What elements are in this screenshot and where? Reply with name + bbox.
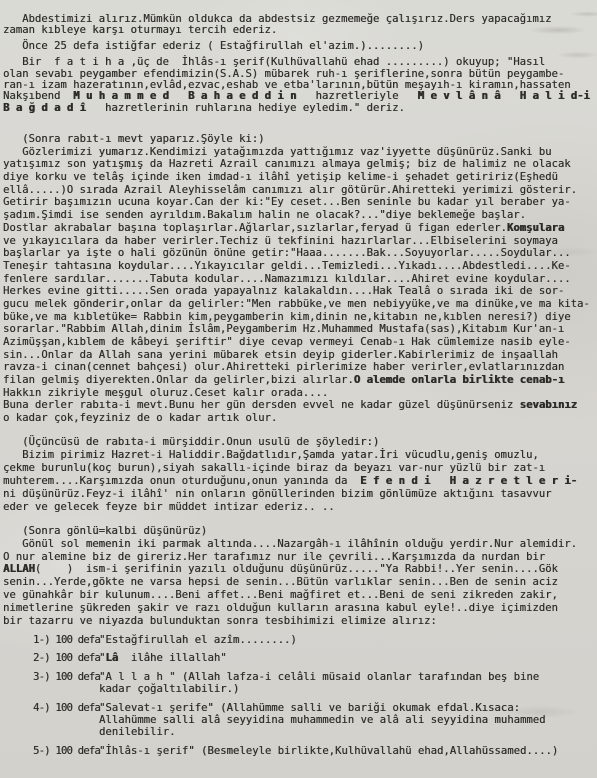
text-line: Teneşir tahtasına koydular....Yıkayıcıla… bbox=[3, 260, 590, 273]
document-page: Abdestimizi alırız.Mümkün oldukca da abd… bbox=[0, 0, 597, 778]
text-line: "A l l a h " (Allah lafza-i celâli müsai… bbox=[99, 671, 558, 683]
text-line: bir tazarru ve niyazda bulunduktan sonra… bbox=[3, 615, 577, 628]
text-line: muhterem....Karşımızda onun oturduğunu,o… bbox=[3, 475, 577, 488]
text-line: B a ğ d a d î hazretlerinin ruhlarına he… bbox=[3, 103, 590, 114]
text-line: eder ve gelecek feyze bir müddet intizar… bbox=[3, 501, 577, 514]
paragraph: Önce 25 defa istiğfar ederiz ( Estağfiru… bbox=[3, 41, 590, 52]
text-line: ellâ.....)O sırada Azrail Aleyhisselâm c… bbox=[3, 184, 590, 197]
list-item-prefix: 2-) 100 defa bbox=[33, 652, 99, 664]
text-line: gucu melek gönderir,onlar da gelirler:"M… bbox=[3, 298, 590, 311]
opening-section: Abdestimizi alırız.Mümkün oldukca da abd… bbox=[3, 14, 590, 114]
text-line: "İhlâs-ı şerif" (Besmeleyle birlikte,Kul… bbox=[99, 745, 558, 757]
text-line: ve yıkayıcılara da haber verirler.Techiz… bbox=[3, 235, 590, 248]
section-heading: (Üçüncüsü de rabıta-i mürşiddir.Onun usu… bbox=[3, 436, 577, 449]
text-line: ALLAH( ) ism-i şerifinin yazılı olduğunu… bbox=[3, 563, 577, 576]
text-line: ni düşünürüz.Feyz-i ilâhî' nin onların g… bbox=[3, 488, 577, 501]
text-line: O nur alemine biz de gireriz.Her tarafım… bbox=[3, 551, 577, 564]
text-line: filan gelmiş diyerekten.Onlar da gelirle… bbox=[3, 374, 590, 387]
text-line: çekme burunlu(koç burun),siyah sakallı-i… bbox=[3, 462, 577, 475]
text-line: Buna derler rabıta-i mevt.Bunu her gün d… bbox=[3, 399, 590, 412]
text-line: Getirir başımızın ucuna koyar.Can der ki… bbox=[3, 196, 590, 209]
text-line: "Lâ ilâhe illallah" bbox=[99, 652, 558, 664]
text-line: Bir f a t i h a ,üç de İhlâs-ı şerif(Kul… bbox=[3, 57, 590, 68]
text-line: yatışımız son yatışmış da Hazreti Azrail… bbox=[3, 158, 590, 171]
rabita-i-murshid-section: (Üçüncüsü de rabıta-i mürşiddir.Onun usu… bbox=[3, 436, 577, 514]
text-line: büke,ve ma kıbletüke= Rabbin kim,peygamb… bbox=[3, 311, 590, 324]
text-line: ravza-i cinan(cennet bahçesi) olur.Ahire… bbox=[3, 361, 590, 374]
text-line: zaman kıbleye karşı oturmayı tercih eder… bbox=[3, 25, 590, 36]
paragraph: Bir f a t i h a ,üç de İhlâs-ı şerif(Kul… bbox=[3, 57, 590, 114]
text-line: Azimüşşan,kıblem de kâbeyi şeriftir" diy… bbox=[3, 336, 590, 349]
tasbih-list-item: 4-) 100 defa "Salevat-ı şerife" (Allahüm… bbox=[3, 702, 558, 739]
text-line: Gönül sol memenin iki parmak altında....… bbox=[3, 538, 577, 551]
text-line: sin...Onlar da Allah sana yerini mübarek… bbox=[3, 349, 590, 362]
tasbih-list-item: 1-) 100 defa "Estağfirullah el azîm.....… bbox=[3, 634, 558, 646]
text-line: Bizim pirimiz Hazret-i Haliddir.Bağdatlı… bbox=[3, 449, 577, 462]
tasbih-list-item: 3-) 100 defa "A l l a h " (Allah lafza-i… bbox=[3, 671, 558, 696]
rabita-i-mevt-section: (Sonra rabıt-ı mevt yaparız.Şöyle ki:) G… bbox=[3, 133, 590, 425]
list-item-prefix: 1-) 100 defa bbox=[33, 634, 99, 646]
text-line: Dostlar akrabalar başına toplaşırlar.Ağl… bbox=[3, 222, 590, 235]
text-line: Hakkın zikriyle meşgul oluruz.Ceset kalı… bbox=[3, 387, 590, 400]
text-line: Herkes evine gitti.....Sen orada yapayal… bbox=[3, 285, 590, 298]
text-line: ve günahkâr bir kulunum....Beni affet...… bbox=[3, 589, 577, 602]
text-line: diye korku ve telâş içinde iken imdad-ı … bbox=[3, 171, 590, 184]
section-heading: (Sonra rabıt-ı mevt yaparız.Şöyle ki:) bbox=[3, 133, 590, 146]
list-item-prefix: 4-) 100 defa bbox=[33, 702, 99, 714]
tasbih-list-item: 2-) 100 defa "Lâ ilâhe illallah" bbox=[3, 652, 558, 664]
text-line: fenlere sardılar.......Tabuta kodular...… bbox=[3, 273, 590, 286]
text-line: "Estağfirullah el azîm........) bbox=[99, 634, 558, 646]
text-line: nimetlerine şükreden şakir ve razı olduğ… bbox=[3, 602, 577, 615]
section-heading: (Sonra gönlü=kalbi düşünürüz) bbox=[3, 525, 577, 538]
text-line: başlarlar ya işte o hali gözünün önüne g… bbox=[3, 247, 590, 260]
tasbih-list-item: 5-) 100 defa "İhlâs-ı şerif" (Besmeleyle… bbox=[3, 745, 558, 757]
text-line: sorarlar."Rabbim Allah,dinim İslâm,Peyga… bbox=[3, 323, 590, 336]
text-line: Gözlerimizi yumarız.Kendimizi yatağımızd… bbox=[3, 146, 590, 159]
text-line: şadım.Şimdi ise senden ayrıldım.Bakalım … bbox=[3, 209, 590, 222]
text-line: "Salevat-ı şerife" (Allahümme salli ve b… bbox=[99, 702, 558, 714]
text-line: kadar çoğaltılabilir.) bbox=[99, 683, 558, 695]
text-line: Önce 25 defa istiğfar ederiz ( Estağfiru… bbox=[3, 41, 590, 52]
gonul-kalb-section: (Sonra gönlü=kalbi düşünürüz) Gönül sol … bbox=[3, 525, 577, 627]
text-line: denilebilir. bbox=[99, 726, 558, 738]
list-item-prefix: 5-) 100 defa bbox=[33, 745, 99, 757]
text-line: o kadar çok,feyziniz de o kadar artık ol… bbox=[3, 412, 590, 425]
tasbih-list: 1-) 100 defa "Estağfirullah el azîm.....… bbox=[3, 634, 558, 757]
list-item-prefix: 3-) 100 defa bbox=[33, 671, 99, 683]
text-line: Allahümme salli alâ seyyidina muhammedin… bbox=[99, 714, 558, 726]
paragraph: Abdestimizi alırız.Mümkün oldukca da abd… bbox=[3, 14, 590, 37]
text-line: senin...Yerde,gökte ne varsa hepsi de se… bbox=[3, 576, 577, 589]
